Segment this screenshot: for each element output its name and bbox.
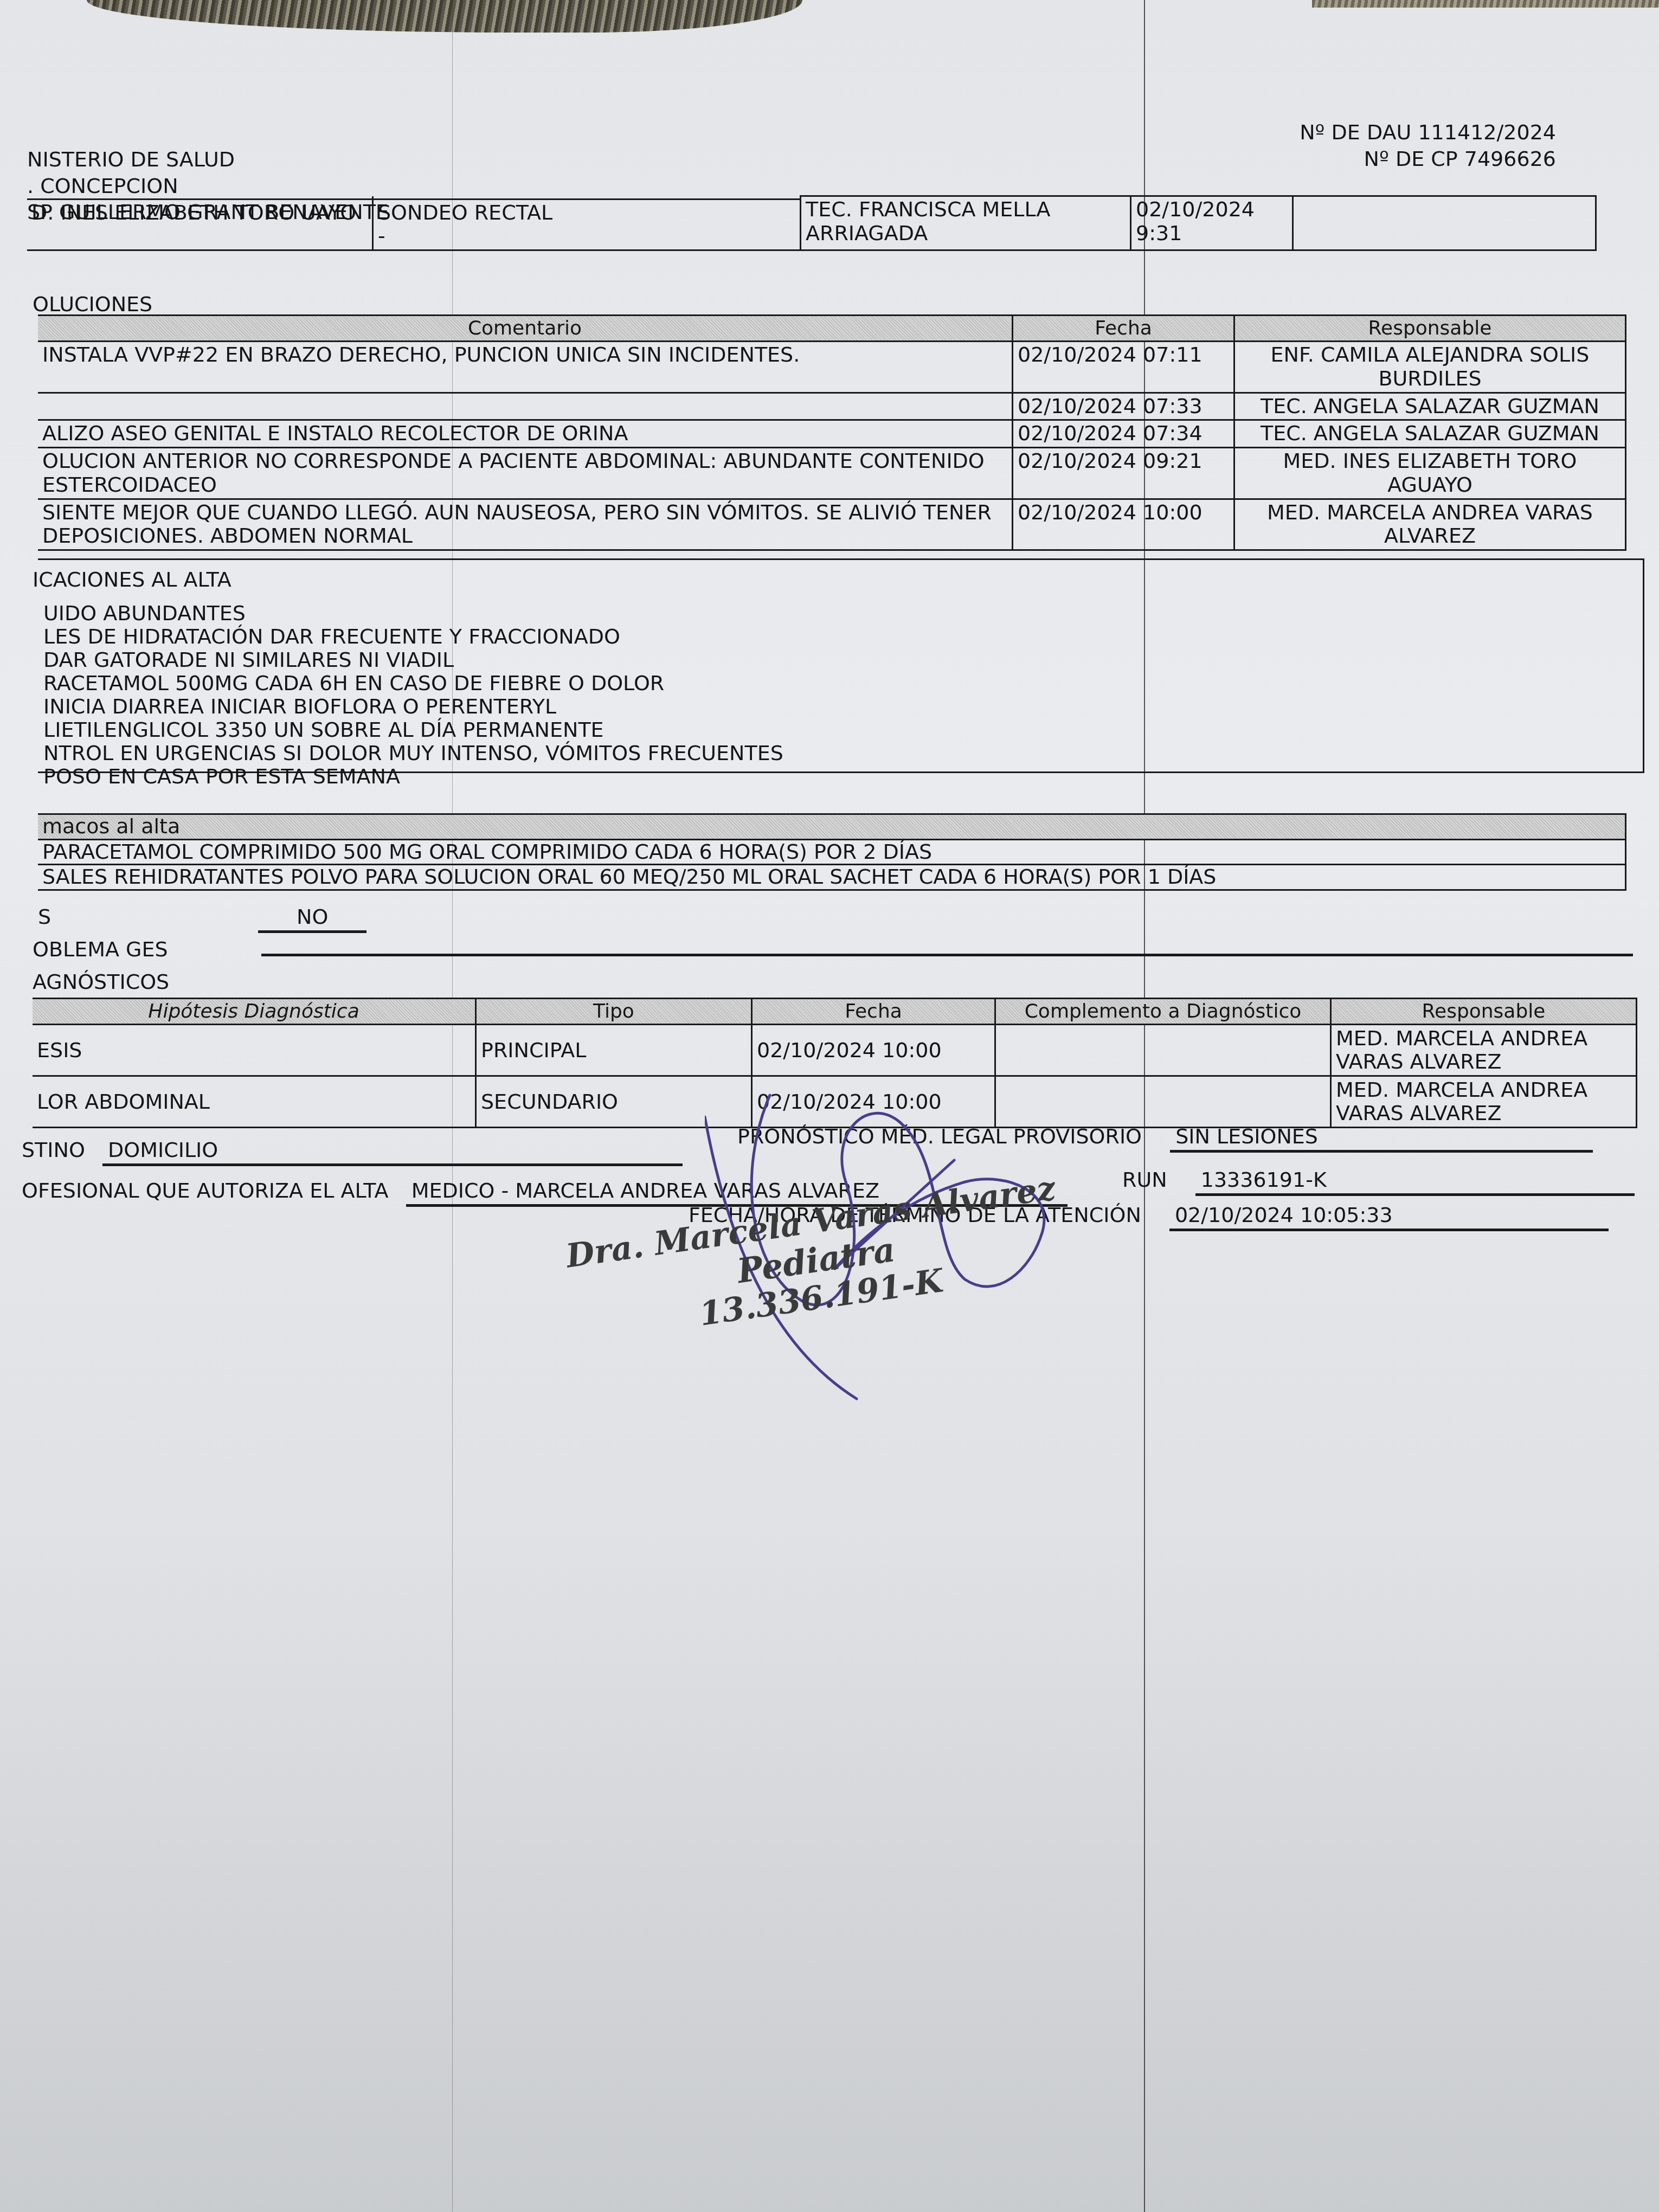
col-responsible: Responsable [1331, 999, 1637, 1025]
destination-value: DOMICILIO [102, 1139, 683, 1166]
drug-item: SALES REHIDRATANTES POLVO PARA SOLUCION … [38, 865, 1626, 890]
table-header-row: Hipótesis Diagnóstica Tipo Fecha Complem… [33, 999, 1637, 1025]
list-item: DAR GATORADE NI SIMILARES NI VIADIL [43, 648, 783, 672]
ges-problem-value [261, 953, 1633, 956]
list-item: RACETAMOL 500MG CADA 6H EN CASO DE FIEBR… [43, 672, 783, 695]
professional-cell: D. INES ELIZABETH TORO UAYO [27, 199, 373, 250]
destination-label: STINO [22, 1138, 85, 1162]
col-responsible: Responsable [1234, 316, 1626, 342]
run-label: RUN [1122, 1168, 1167, 1192]
col-type: Tipo [476, 999, 752, 1025]
discharge-drugs-table: macos al alta PARACETAMOL COMPRIMIDO 500… [38, 813, 1626, 891]
procedure-cell: SONDEO RECTAL - [373, 199, 801, 250]
list-item: NTROL EN URGENCIAS SI DOLOR MUY INTENSO,… [43, 742, 783, 765]
document-numbers: Nº DE DAU 111412/2024 Nº DE CP 7496626 [1300, 119, 1556, 173]
ges-problem-field: OBLEMA GES [33, 938, 1633, 962]
list-item: LES DE HIDRATACIÓN DAR FRECUENTE Y FRACC… [43, 625, 783, 648]
list-item: INICIA DIARREA INICIAR BIOFLORA O PERENT… [43, 695, 783, 718]
discharge-drugs-title: macos al alta [38, 814, 1626, 840]
background-fabric [87, 0, 802, 33]
col-hypothesis: Hipótesis Diagnóstica [33, 999, 476, 1025]
drug-item: PARACETAMOL COMPRIMIDO 500 MG ORAL COMPR… [38, 839, 1626, 865]
solutions-table: Comentario Fecha Responsable INSTALA VVP… [38, 314, 1626, 551]
end-time-value: 02/10/2024 10:05:33 [1169, 1204, 1609, 1231]
list-item: POSO EN CASA POR ESTA SEMANA [43, 765, 783, 788]
discharge-instructions-list: UIDO ABUNDANTES LES DE HIDRATACIÓN DAR F… [43, 602, 783, 788]
cp-number: Nº DE CP 7496626 [1300, 146, 1556, 172]
prognosis-value: SIN LESIONES [1170, 1125, 1593, 1153]
table-row: PARACETAMOL COMPRIMIDO 500 MG ORAL COMPR… [38, 839, 1626, 865]
destination-field: STINO DOMICILIO [22, 1139, 683, 1166]
col-date: Fecha [752, 999, 995, 1025]
table-header-row: macos al alta [38, 814, 1626, 840]
list-item: LIETILENGLICOL 3350 UN SOBRE AL DÍA PERM… [43, 718, 783, 742]
table-row: 02/10/2024 07:33 TEC. ANGELA SALAZAR GUZ… [38, 393, 1626, 420]
run-value: 13336191-K [1195, 1168, 1635, 1196]
table-row: OLUCION ANTERIOR NO CORRESPONDE A PACIEN… [38, 448, 1626, 499]
discharge-instructions-title: ICACIONES AL ALTA [33, 568, 232, 592]
list-item: UIDO ABUNDANTES [43, 602, 783, 625]
table-row: ESIS PRINCIPAL 02/10/2024 10:00 MED. MAR… [33, 1025, 1637, 1076]
solutions-title: OLUCIONES [33, 293, 152, 317]
col-date: Fecha [1013, 316, 1234, 342]
ges-field: S NO [38, 905, 366, 933]
dau-number: Nº DE DAU 111412/2024 [1300, 119, 1556, 146]
table-header-row: Comentario Fecha Responsable [38, 316, 1626, 342]
ministry-line: NISTERIO DE SALUD [27, 146, 389, 173]
table-row: INSTALA VVP#22 EN BRAZO DERECHO, PUNCION… [38, 342, 1626, 393]
diagnoses-title: AGNÓSTICOS [33, 970, 169, 994]
extra-cell [1293, 196, 1596, 250]
ges-value: NO [258, 905, 366, 933]
technician-cell: TEC. FRANCISCA MELLA ARRIAGADA [801, 196, 1131, 250]
col-complement: Complemento a Diagnóstico [995, 999, 1331, 1025]
authorizer-label: OFESIONAL QUE AUTORIZA EL ALTA [22, 1179, 389, 1203]
datetime-cell: 02/10/2024 9:31 [1131, 196, 1293, 250]
background-fabric-right [1312, 0, 1659, 8]
table-row: SIENTE MEJOR QUE CUANDO LLEGÓ. AUN NAUSE… [38, 499, 1626, 550]
ges-problem-label: OBLEMA GES [33, 937, 168, 961]
table-row: ALIZO ASEO GENITAL E INSTALO RECOLECTOR … [38, 420, 1626, 448]
col-comment: Comentario [38, 316, 1013, 342]
ges-label: S [38, 905, 51, 929]
run-field: RUN 13336191-K [1122, 1168, 1635, 1196]
procedure-table: TEC. FRANCISCA MELLA ARRIAGADA 02/10/202… [27, 195, 1597, 251]
table-row: SALES REHIDRATANTES POLVO PARA SOLUCION … [38, 865, 1626, 890]
